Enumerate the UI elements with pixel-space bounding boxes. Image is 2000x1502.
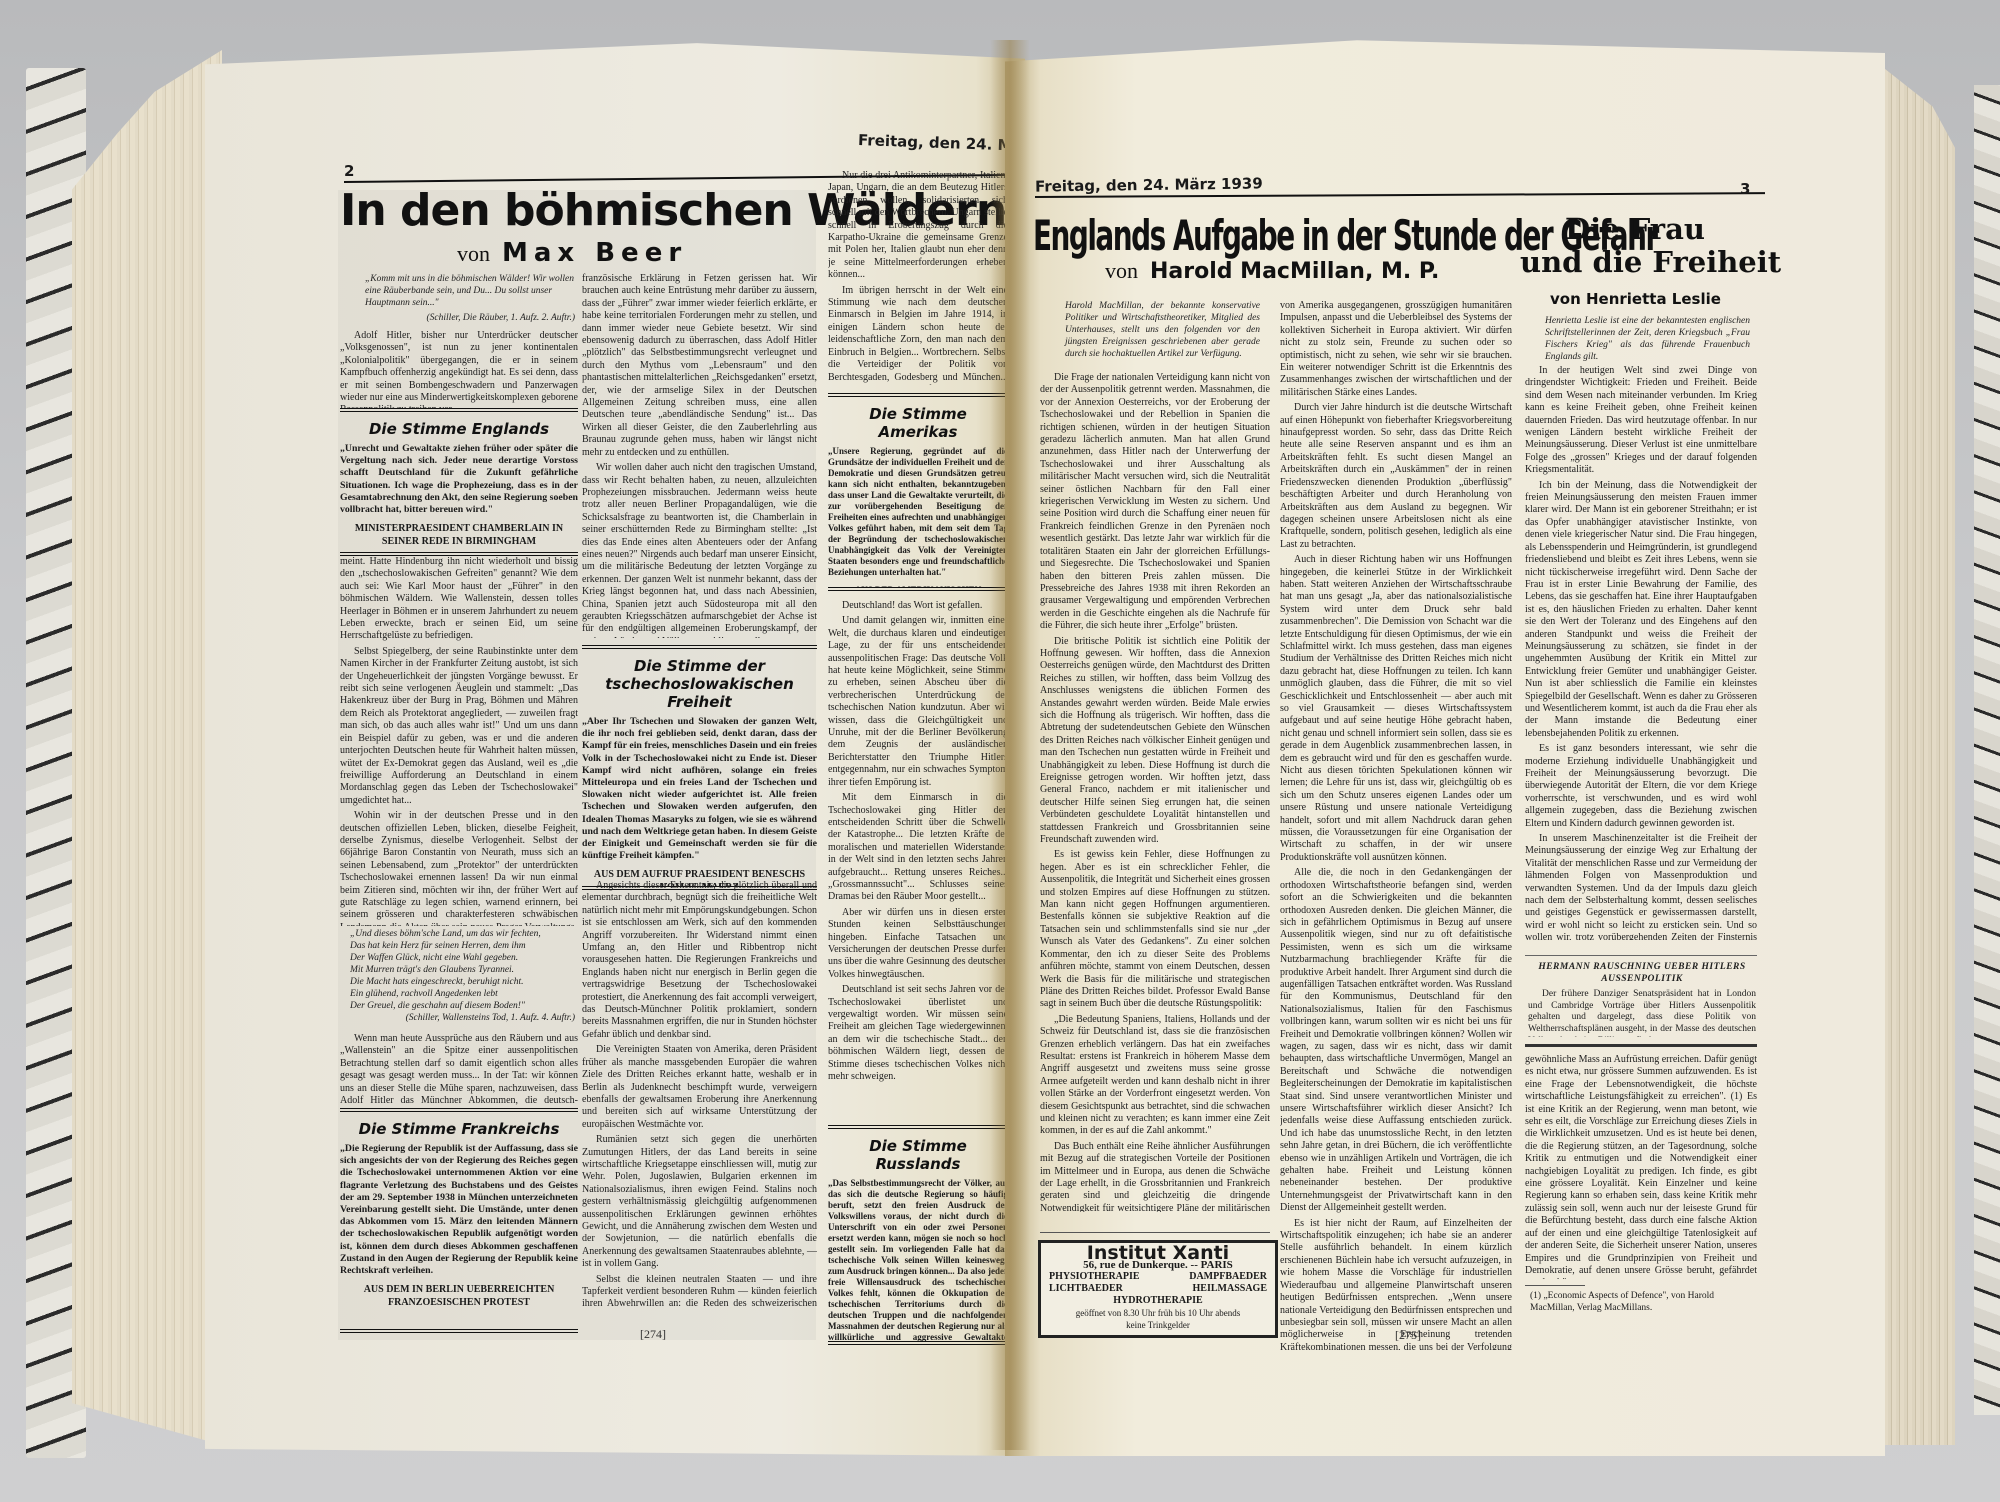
paragraph: Nur die drei Antikominterpartner, Italie… — [828, 170, 1008, 282]
left-article-byline: von Max Beer — [457, 238, 687, 268]
ad-service: PHYSIOTHERAPIE — [1049, 1271, 1140, 1283]
note-title: Hermann Rauschning ueber Hitlers Aussenp… — [1528, 962, 1756, 985]
paragraph: Im übrigen herrscht in der Welt eine Sti… — [828, 285, 1008, 385]
box-title: Die Stimme Russlands — [828, 1137, 1008, 1173]
box-source: Aus dem in Berlin ueberreichten franzoes… — [340, 1283, 578, 1309]
paragraph: Alle die, die noch in den Gedankengängen… — [1280, 867, 1512, 1214]
left-page-folio: 2 — [344, 162, 354, 180]
paragraph: Wohin wir in der deutschen Presse und in… — [340, 810, 578, 926]
left-col3-text-b: Deutschland! das Wort ist gefallen. Und … — [828, 600, 1008, 1120]
box-stimme-russlands: Die Stimme Russlands „Das Selbstbestimmu… — [828, 1125, 1008, 1345]
right-col2-text: von Amerika ausgegangenen, grosszügigen … — [1280, 300, 1512, 1350]
box-title: Die Stimme Amerikas — [828, 405, 1008, 441]
paragraph: Und damit gelangen wir, inmitten einer W… — [828, 615, 1008, 789]
paragraph: französische Erklärung in Fetzen gerisse… — [582, 273, 817, 459]
left-col1-text-b: meint. Hatte Hindenburg ihn nicht wieder… — [340, 556, 578, 926]
box-source: Aus der amerikanischen Regierungserklaer… — [828, 584, 1008, 591]
paragraph: Wenn man heute Aussprüche aus den Räuber… — [340, 1033, 578, 1108]
box-title: Die Stimme Englands — [340, 420, 578, 438]
left-page-number: [274] — [640, 1327, 666, 1342]
paragraph: Angesichts dieser Erkenntnis, die plötzl… — [582, 880, 817, 1041]
paragraph: Es ist ganz besonders interessant, wie s… — [1525, 743, 1757, 830]
right-main-byline: von Harold MacMillan, M. P. — [1105, 258, 1439, 284]
box-stimme-englands: Die Stimme Englands „Unrecht und Gewalta… — [340, 408, 578, 556]
paragraph: von Amerika ausgegangenen, grosszügigen … — [1280, 300, 1512, 399]
side-headline-line1: Die Frau — [1565, 212, 1705, 246]
ad-address: 56, rue de Dunkerque. -- PARIS — [1049, 1259, 1267, 1271]
paragraph: Wir wollen daher auch nicht den tragisch… — [582, 462, 817, 638]
paragraph: Selbst die kleinen neutralen Staaten — u… — [582, 1274, 817, 1310]
byline-prefix: von — [457, 241, 490, 266]
box-quote: „Das Selbstbestimmungsrecht der Völker, … — [828, 1178, 1008, 1345]
main-article-continuation: gewöhnliche Mass an Aufrüstung erreichen… — [1525, 1054, 1757, 1279]
note-text: Der frühere Danziger Senatspräsident hat… — [1528, 989, 1756, 1037]
verse-line: „Und dieses böhm'sche Land, um das wir f… — [350, 928, 575, 940]
right-page-dateline: Freitag, den 24. März 1939 — [1035, 174, 1263, 195]
footnote-rule — [1525, 1285, 1585, 1286]
right-main-intro: Harold MacMillan, der bekannte konservat… — [1065, 300, 1260, 360]
ad-service: DAMPFBAEDER — [1189, 1271, 1267, 1283]
verse-line: Ein glühend, rachvoll Angedenken lebt — [350, 988, 575, 1000]
paragraph: Auch in dieser Richtung haben wir uns Ho… — [1280, 554, 1512, 864]
paragraph: Deutschland! das Wort ist gefallen. — [828, 600, 1008, 612]
box-stimme-frankreichs: Die Stimme Frankreichs „Die Regierung de… — [340, 1108, 578, 1333]
box-stimme-tschechoslowakei: Die Stimme der tschechoslowakischen Frei… — [582, 645, 817, 890]
side-headline-line2: und die Freiheit — [1520, 245, 1781, 279]
ad-separator — [1040, 1232, 1270, 1233]
box-source: Ministerpraesident Chamberlain in seiner… — [340, 522, 578, 548]
paragraph: gewöhnliche Mass an Aufrüstung erreichen… — [1525, 1054, 1757, 1279]
verse-line: Der Waffen Glück, nicht eine Wahl gegebe… — [350, 952, 575, 964]
left-col1-text-c: Wenn man heute Aussprüche aus den Räuber… — [340, 1033, 578, 1108]
box-quote: „Aber Ihr Tschechen und Slowaken der gan… — [582, 716, 817, 862]
note-bottom-rule — [1525, 1044, 1757, 1047]
verse-line: Der Greuel, die geschahn auf diesem Bode… — [350, 1000, 575, 1012]
left-col2-text-b: Angesichts dieser Erkenntnis, die plötzl… — [582, 880, 817, 1310]
paragraph: Aber wir dürfen uns in diesen ersten Stu… — [828, 907, 1008, 981]
byline-author: Harold MacMillan, M. P. — [1150, 259, 1439, 284]
paragraph: Das Buch enthält eine Reihe ähnlicher Au… — [1040, 1141, 1270, 1212]
byline-author: Max Beer — [502, 238, 687, 268]
side-byline: von Henrietta Leslie — [1550, 290, 1721, 308]
box-quote: „Die Regierung der Republik ist der Auff… — [340, 1143, 578, 1277]
epigraph: „Komm mit uns in die böhmischen Wälder! … — [365, 273, 575, 324]
paragraph: Rumänien setzt sich gegen die unerhörten… — [582, 1134, 817, 1270]
left-col3-text-a: Nur die drei Antikominterpartner, Italie… — [828, 170, 1008, 385]
paragraph: Adolf Hitler, bisher nur Unterdrücker de… — [340, 330, 578, 408]
verse-line: Mit Murren trägt's den Glaubens Tyrannei… — [350, 964, 575, 976]
box-title: Die Stimme der tschechoslowakischen Frei… — [582, 657, 817, 711]
epigraph-text: „Komm mit uns in die böhmischen Wälder! … — [365, 273, 575, 309]
paragraph: Die Vereinigten Staaten von Amerika, der… — [582, 1044, 817, 1131]
verse-line: Das hat kein Herz für seinen Herren, dem… — [350, 940, 575, 952]
paragraph: Deutschland ist seit sechs Jahren vor de… — [828, 984, 1008, 1083]
paragraph: Ich bin der Meinung, dass die Notwendigk… — [1525, 480, 1757, 741]
box-quote: „Unsere Regierung, gegründet auf die Gru… — [828, 446, 1008, 578]
side-article-text: In der heutigen Welt sind zwei Dinge von… — [1525, 365, 1757, 940]
verse-line: Die Macht hats eingeschreckt, beruhigt n… — [350, 976, 575, 988]
side-intro: Henrietta Leslie ist eine der bekanntest… — [1545, 315, 1750, 363]
ad-title: Institut Xanti — [1049, 1247, 1267, 1259]
book-cover-right-edge — [1974, 85, 2000, 1415]
right-page-folio: 3 — [1740, 180, 1750, 198]
paragraph: Durch vier Jahre hindurch ist die deutsc… — [1280, 402, 1512, 551]
paragraph: Mit dem Einmarsch in die Tschechoslowake… — [828, 792, 1008, 904]
schiller-verse: „Und dieses böhm'sche Land, um das wir f… — [350, 928, 575, 1030]
paragraph: Die britische Politik ist sichtlich eine… — [1040, 636, 1270, 847]
page-stack-left — [72, 50, 222, 1445]
paragraph: In unserem Maschinenzeitalter ist die Fr… — [1525, 833, 1757, 940]
ad-service: HEILMASSAGE — [1193, 1283, 1267, 1295]
paragraph: meint. Hatte Hindenburg ihn nicht wieder… — [340, 556, 578, 643]
ad-institut-xanti: Institut Xanti 56, rue de Dunkerque. -- … — [1038, 1240, 1278, 1338]
box-title: Die Stimme Frankreichs — [340, 1120, 578, 1138]
box-stimme-amerikas: Die Stimme Amerikas „Unsere Regierung, g… — [828, 393, 1008, 591]
verse-source: (Schiller, Wallensteins Tod, 1. Aufz. 4.… — [350, 1012, 575, 1024]
note-top-rule — [1525, 955, 1757, 956]
ad-services-row-2: LICHTBAEDER HEILMASSAGE — [1049, 1283, 1267, 1295]
paragraph: Selbst Spiegelberg, der seine Raubinstin… — [340, 646, 578, 807]
ad-service-center: HYDROTHERAPIE — [1049, 1295, 1267, 1307]
paragraph: Die Frage der nationalen Verteidigung ka… — [1040, 372, 1270, 633]
page-stack-right — [1880, 65, 1955, 1445]
byline-prefix: von — [1105, 258, 1138, 283]
book-gutter — [990, 40, 1030, 1450]
rauschning-note: Hermann Rauschning ueber Hitlers Aussenp… — [1528, 962, 1756, 1037]
footnote: (1) „Economic Aspects of Defence", von H… — [1530, 1290, 1755, 1314]
paragraph: Es ist gewiss kein Fehler, diese Hoffnun… — [1040, 849, 1270, 1010]
paragraph: In der heutigen Welt sind zwei Dinge von… — [1525, 365, 1757, 477]
right-page-number: [275] — [1395, 1328, 1421, 1343]
ad-note: keine Trinkgelder — [1049, 1319, 1267, 1331]
ad-service: LICHTBAEDER — [1049, 1283, 1123, 1295]
paragraph: „Die Bedeutung Spaniens, Italiens, Holla… — [1040, 1014, 1270, 1138]
right-col1-text: Die Frage der nationalen Verteidigung ka… — [1040, 372, 1270, 1212]
left-col1-text-a: Adolf Hitler, bisher nur Unterdrücker de… — [340, 330, 578, 408]
ad-hours: geöffnet von 8.30 Uhr früh bis 10 Uhr ab… — [1049, 1307, 1267, 1319]
epigraph-source: (Schiller, Die Räuber, 1. Aufz. 2. Auftr… — [365, 312, 575, 324]
box-quote: „Unrecht und Gewaltakte ziehen früher od… — [340, 443, 578, 516]
left-col2-text-a: französische Erklärung in Fetzen gerisse… — [582, 273, 817, 638]
ad-services-row-1: PHYSIOTHERAPIE DAMPFBAEDER — [1049, 1271, 1267, 1283]
